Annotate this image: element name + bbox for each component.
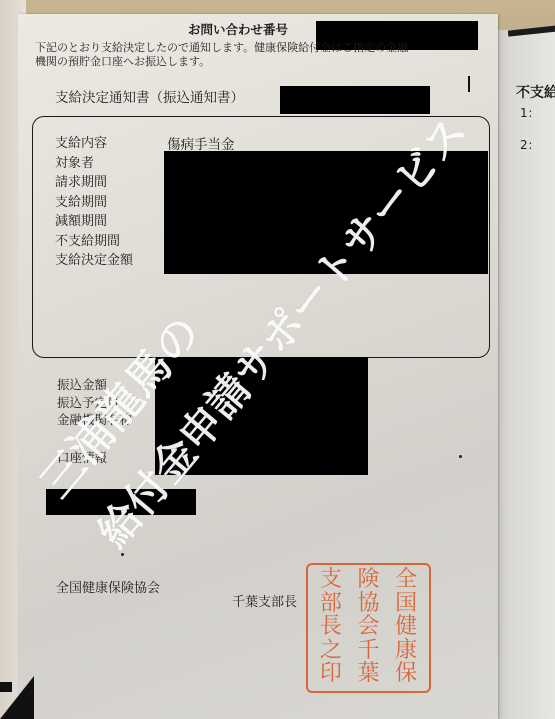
redacted-benefit-details [164, 151, 488, 274]
label-nonpayment-period: 不支給期間 [55, 232, 133, 252]
seal-char: 之 [312, 640, 350, 664]
label-transfer-amount: 振込金額 [57, 376, 132, 394]
benefit-type-value: 傷病手当金 [167, 133, 235, 153]
label-benefit-type: 支給内容 [55, 134, 133, 154]
dot-mark [459, 455, 462, 458]
official-seal: 支 険 全 部 協 国 長 会 健 之 千 康 印 葉 保 [306, 563, 431, 693]
issuer-name: 全国健康保険協会 [56, 577, 160, 596]
seal-char: 国 [387, 593, 425, 617]
inquiry-number-label: お問い合わせ番号 [188, 20, 288, 38]
label-account-info: 口座情報 [57, 449, 132, 467]
label-spacer [57, 429, 132, 449]
branch-title: 千葉支部長 [232, 591, 297, 610]
redacted-account-number [46, 489, 196, 515]
notice-text-line-2: 機関の預貯金口座へお振込します。 [35, 53, 210, 69]
seal-char: 部 [312, 593, 350, 617]
seal-char: 険 [350, 569, 388, 593]
label-claim-period: 請求期間 [55, 173, 133, 193]
redacted-notice-number [280, 86, 430, 114]
label-reduction-period: 減額期間 [55, 212, 133, 232]
seal-char: 葉 [350, 663, 388, 687]
seal-char: 康 [387, 640, 425, 664]
right-page-item-2: 2： [520, 136, 540, 153]
label-bank-name: 金融機関名称 [57, 411, 132, 429]
seal-char: 長 [312, 616, 350, 640]
redacted-transfer-details [155, 357, 368, 475]
seal-char: 会 [350, 616, 388, 640]
seal-char: 支 [312, 569, 350, 593]
right-page-heading: 不支給 [516, 82, 555, 102]
benefit-labels: 支給内容 対象者 請求期間 支給期間 減額期間 不支給期間 支給決定金額 [55, 134, 133, 271]
document-title: 支給決定通知書（振込通知書） [55, 86, 244, 106]
pen-mark [468, 76, 470, 92]
seal-char: 印 [312, 663, 350, 687]
seal-char: 保 [387, 663, 425, 687]
seal-char: 健 [387, 616, 425, 640]
dot-mark [121, 553, 124, 556]
seal-char: 協 [350, 593, 388, 617]
seal-char: 全 [387, 569, 425, 593]
adjacent-page: 不支給 1： 2： [498, 30, 555, 719]
right-page-item-1: 1： [520, 104, 540, 121]
label-transfer-date: 振込予定日 [57, 394, 132, 412]
label-decided-amount: 支給決定金額 [55, 251, 133, 271]
seal-char: 千 [350, 640, 388, 664]
transfer-labels: 振込金額 振込予定日 金融機関名称 口座情報 [57, 376, 132, 466]
label-payment-period: 支給期間 [55, 193, 133, 213]
label-recipient: 対象者 [55, 154, 133, 174]
